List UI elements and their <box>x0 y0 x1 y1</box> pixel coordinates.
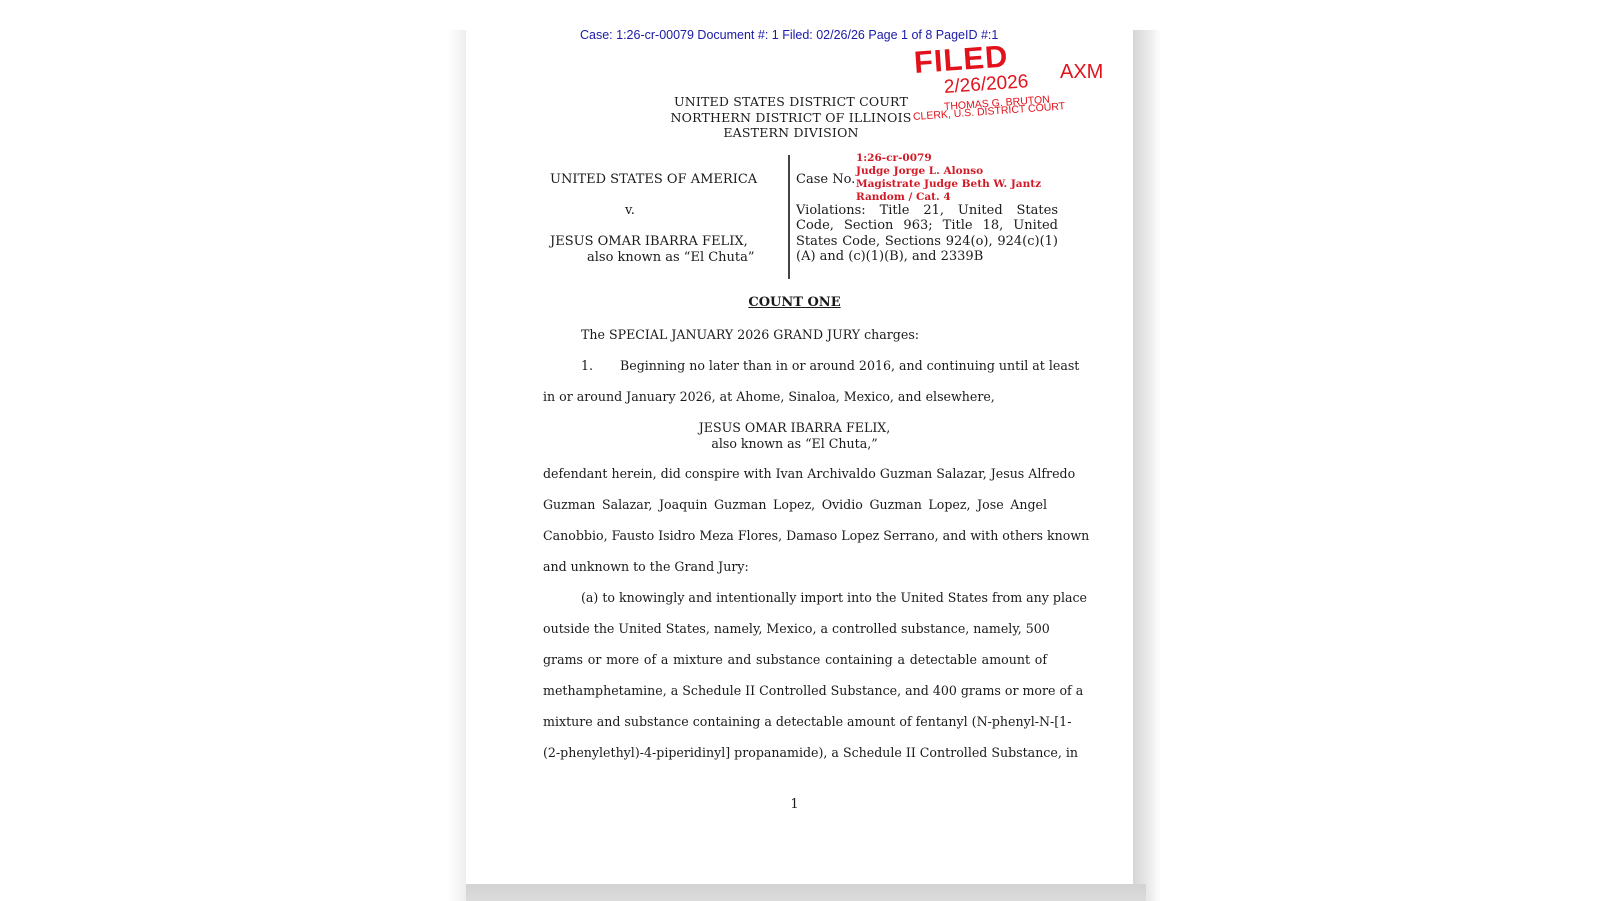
count-title: COUNT ONE <box>466 295 1123 310</box>
caption-divider <box>788 155 790 279</box>
page-shadow-right <box>1133 30 1161 901</box>
paragraph-number: 1. <box>581 358 593 373</box>
document-page: Case: 1:26-cr-00079 Document #: 1 Filed:… <box>466 15 1133 884</box>
filed-stamp-initials: AXM <box>1060 61 1103 84</box>
court-line-2: NORTHERN DISTRICT OF ILLINOIS <box>656 110 926 126</box>
page-number: 1 <box>466 797 1123 812</box>
subparagraph-a-line: mixture and substance containing a detec… <box>543 714 1047 729</box>
defendant-block: JESUS OMAR IBARRA FELIX, also known as “… <box>466 420 1123 451</box>
defendant-alias: also known as “El Chuta,” <box>466 436 1123 452</box>
caption-plaintiff: UNITED STATES OF AMERICA <box>550 172 757 187</box>
conspiracy-line: and unknown to the Grand Jury: <box>543 559 1047 574</box>
assigned-judge: Judge Jorge L. Alonso <box>856 165 1041 178</box>
subparagraph-a-line: methamphetamine, a Schedule II Controlle… <box>543 683 1047 698</box>
case-no-label: Case No. <box>796 172 855 187</box>
violations-text: Violations: Title 21, United States Code… <box>796 203 1058 265</box>
filed-stamp-date: 2/26/2026 <box>943 71 1029 99</box>
ecf-header-stamp: Case: 1:26-cr-00079 Document #: 1 Filed:… <box>580 28 998 42</box>
conspiracy-line: Guzman Salazar, Joaquin Guzman Lopez, Ov… <box>543 497 1047 512</box>
case-number: 1:26-cr-0079 <box>856 152 1041 165</box>
subparagraph-a-line: (a) to knowingly and intentionally impor… <box>581 590 1047 605</box>
conspiracy-line: defendant herein, did conspire with Ivan… <box>543 466 1047 481</box>
defendant-name: JESUS OMAR IBARRA FELIX, <box>466 420 1123 436</box>
conspiracy-line: Canobbio, Fausto Isidro Meza Flores, Dam… <box>543 528 1047 543</box>
paragraph-1-line-1: Beginning no later than in or around 201… <box>620 358 1047 373</box>
caption-versus: v. <box>625 203 635 218</box>
caption-alias: also known as “El Chuta” <box>587 250 755 265</box>
caption-defendant: JESUS OMAR IBARRA FELIX, <box>550 234 748 249</box>
subparagraph-a-line: grams or more of a mixture and substance… <box>543 652 1047 667</box>
subparagraph-a-line: outside the United States, namely, Mexic… <box>543 621 1047 636</box>
court-heading: UNITED STATES DISTRICT COURT NORTHERN DI… <box>656 94 926 141</box>
page-shadow-left <box>448 30 466 901</box>
page-shadow-bottom <box>466 884 1146 901</box>
case-assignment-stamp: 1:26-cr-0079 Judge Jorge L. Alonso Magis… <box>856 152 1041 204</box>
grand-jury-line: The SPECIAL JANUARY 2026 GRAND JURY char… <box>581 327 919 342</box>
magistrate-judge: Magistrate Judge Beth W. Jantz <box>856 178 1041 191</box>
court-line-1: UNITED STATES DISTRICT COURT <box>656 94 926 110</box>
subparagraph-a-line: (2-phenylethyl)-4-piperidinyl] propanami… <box>543 745 1047 760</box>
court-line-3: EASTERN DIVISION <box>656 125 926 141</box>
paragraph-1-line-2: in or around January 2026, at Ahome, Sin… <box>543 389 1047 404</box>
